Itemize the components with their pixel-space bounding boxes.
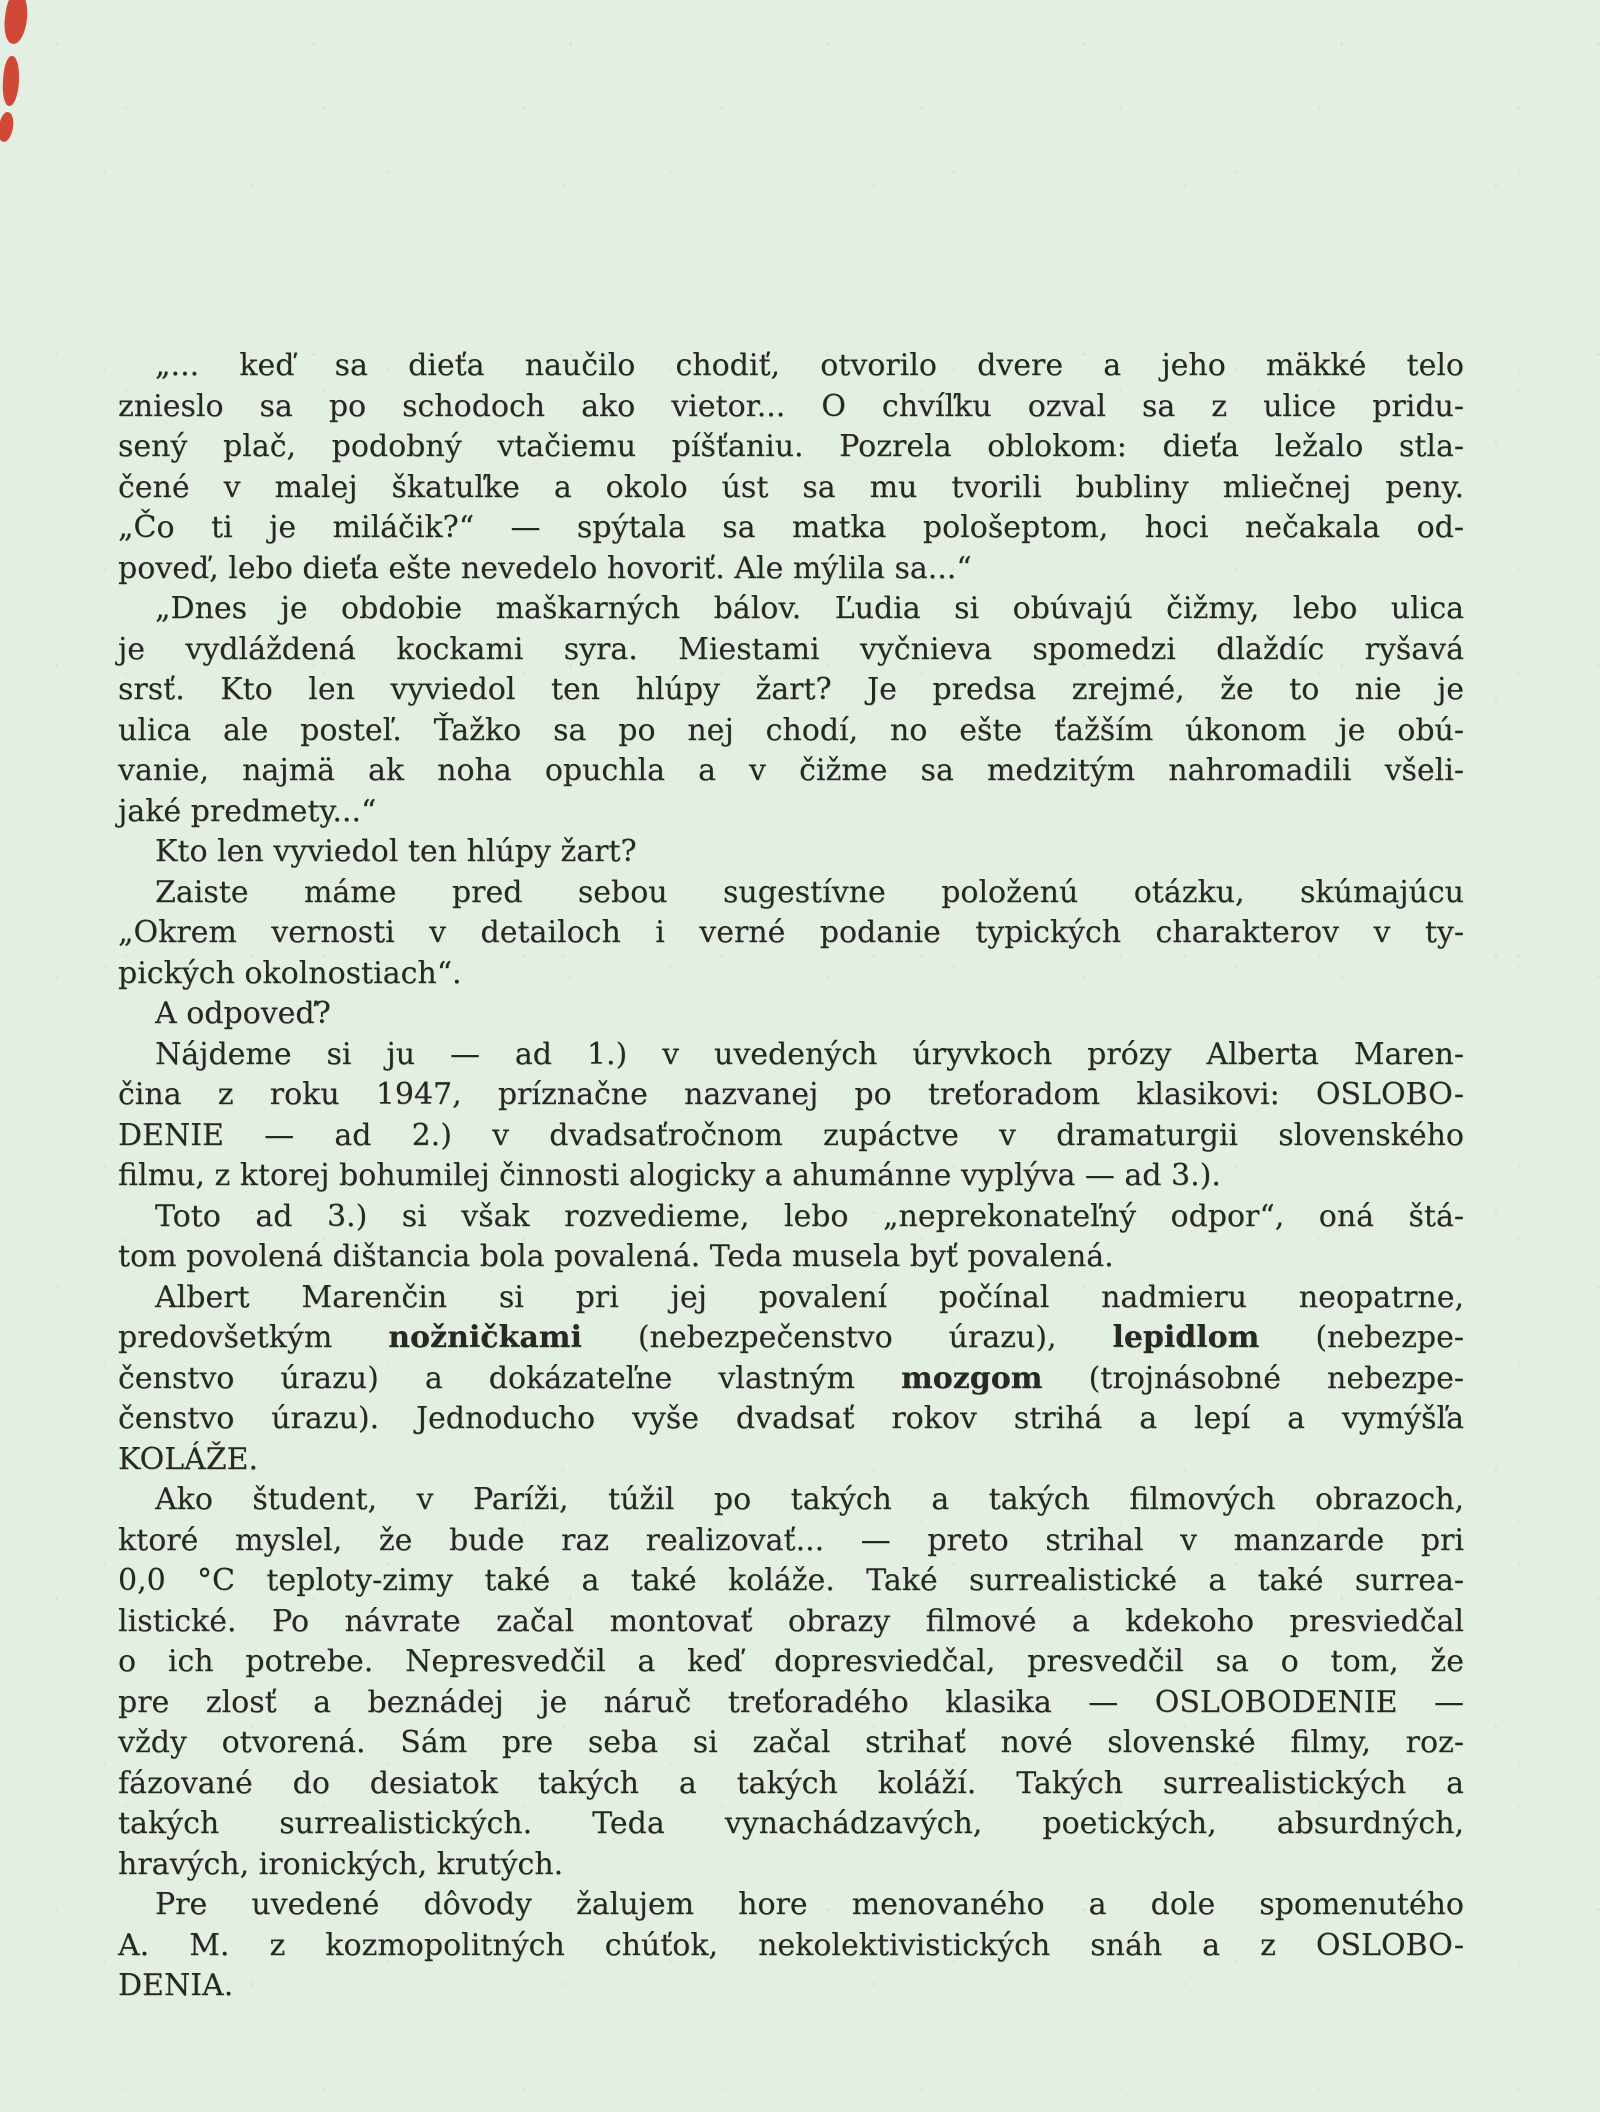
text-line: „Dnes je obdobie maškarných bálov. Ľudia…	[118, 589, 1464, 630]
bold-text: nožničkami	[388, 1320, 582, 1355]
text-line: filmu, z ktorej bohumilej činnosti alogi…	[118, 1156, 1464, 1197]
paragraph: Toto ad 3.) si však rozvedieme, lebo „ne…	[118, 1197, 1464, 1278]
paragraph: A odpoveď?	[118, 994, 1464, 1035]
text-line: pických okolnostiach“.	[118, 954, 1464, 995]
red-crayon-mark	[0, 111, 16, 143]
text-line: KOLÁŽE.	[118, 1440, 1464, 1481]
text-line: vanie, najmä ak noha opuchla a v čižme s…	[118, 751, 1464, 792]
paragraph: Pre uvedené dôvody žalujem hore menované…	[118, 1885, 1464, 2007]
text-line: čenstvo úrazu) a dokázateľne vlastným mo…	[118, 1359, 1464, 1400]
text-line: vždy otvorená. Sám pre seba si začal str…	[118, 1723, 1464, 1764]
text-line: 0,0 °C teploty-zimy také a také koláže. …	[118, 1561, 1464, 1602]
paragraph: Ako študent, v Paríži, túžil po takých a…	[118, 1480, 1464, 1885]
text-line: fázované do desiatok takých a takých kol…	[118, 1764, 1464, 1805]
text-line: „... keď sa dieťa naučilo chodiť, otvori…	[118, 346, 1464, 387]
text-line: znieslo sa po schodoch ako vietor... O c…	[118, 387, 1464, 428]
red-crayon-mark	[1, 56, 20, 107]
text-line: A odpoveď?	[118, 994, 1464, 1035]
text-line: takých surrealistických. Teda vynachádza…	[118, 1804, 1464, 1845]
text-line: A. M. z kozmopolitných chúťok, nekolekti…	[118, 1926, 1464, 1967]
red-crayon-mark	[2, 0, 30, 45]
text-line: čené v malej škatuľke a okolo úst sa mu …	[118, 468, 1464, 509]
text-line: poveď, lebo dieťa ešte nevedelo hovoriť.…	[118, 549, 1464, 590]
paragraph: Zaiste máme pred sebou sugestívne polože…	[118, 873, 1464, 995]
text-line: Zaiste máme pred sebou sugestívne polože…	[118, 873, 1464, 914]
text-line: DENIE — ad 2.) v dvadsaťročnom zupáctve …	[118, 1116, 1464, 1157]
bold-text: lepidlom	[1112, 1320, 1259, 1355]
paragraph: Albert Marenčin si pri jej povalení počí…	[118, 1278, 1464, 1481]
text-line: Kto len vyviedol ten hlúpy žart?	[118, 832, 1464, 873]
text-line: Toto ad 3.) si však rozvedieme, lebo „ne…	[118, 1197, 1464, 1238]
text-line: o ich potrebe. Nepresvedčil a keď dopres…	[118, 1642, 1464, 1683]
text-line: Pre uvedené dôvody žalujem hore menované…	[118, 1885, 1464, 1926]
text-line: „Okrem vernosti v detailoch i verné poda…	[118, 913, 1464, 954]
text-line: čenstvo úrazu). Jednoducho vyše dvadsať …	[118, 1399, 1464, 1440]
text-line: hravých, ironických, krutých.	[118, 1845, 1464, 1886]
text-line: srsť. Kto len vyviedol ten hlúpy žart? J…	[118, 670, 1464, 711]
text-line: tom povolená dištancia bola povalená. Te…	[118, 1237, 1464, 1278]
text-line: Nájdeme si ju — ad 1.) v uvedených úryvk…	[118, 1035, 1464, 1076]
text-line: ulica ale posteľ. Ťažko sa po nej chodí,…	[118, 711, 1464, 752]
paragraph: „... keď sa dieťa naučilo chodiť, otvori…	[118, 346, 1464, 589]
text-line: pre zlosť a beznádej je náruč treťoradéh…	[118, 1683, 1464, 1724]
text-line: jaké predmety...“	[118, 792, 1464, 833]
text-line: ktoré myslel, že bude raz realizovať... …	[118, 1521, 1464, 1562]
text-line: listické. Po návrate začal montovať obra…	[118, 1602, 1464, 1643]
text-line: čina z roku 1947, príznačne nazvanej po …	[118, 1075, 1464, 1116]
paragraph: Kto len vyviedol ten hlúpy žart?	[118, 832, 1464, 873]
text-line: Albert Marenčin si pri jej povalení počí…	[118, 1278, 1464, 1319]
text-line: DENIA.	[118, 1966, 1464, 2007]
text-line: Ako študent, v Paríži, túžil po takých a…	[118, 1480, 1464, 1521]
text-block: „... keď sa dieťa naučilo chodiť, otvori…	[118, 346, 1464, 2007]
text-line: je vydláždená kockami syra. Miestami vyč…	[118, 630, 1464, 671]
text-line: „Čo ti je miláčik?“ — spýtala sa matka p…	[118, 508, 1464, 549]
paragraph: „Dnes je obdobie maškarných bálov. Ľudia…	[118, 589, 1464, 832]
text-line: predovšetkým nožničkami (nebezpečenstvo …	[118, 1318, 1464, 1359]
bold-text: mozgom	[901, 1361, 1043, 1396]
text-line: sený plač, podobný vtačiemu píšťaniu. Po…	[118, 427, 1464, 468]
paragraph: Nájdeme si ju — ad 1.) v uvedených úryvk…	[118, 1035, 1464, 1197]
